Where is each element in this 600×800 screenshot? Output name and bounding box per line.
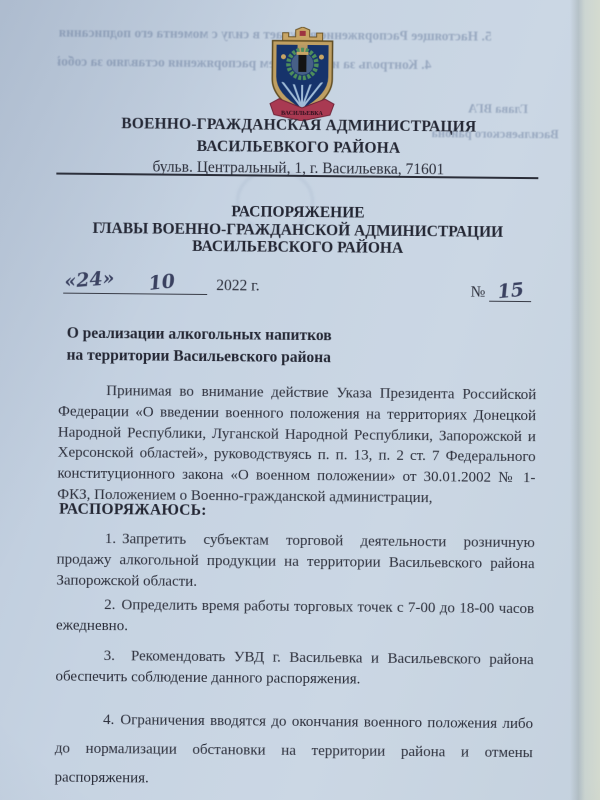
order-item: 3.Рекомендовать УВД г. Васильевка и Васи… — [55, 646, 533, 692]
subject-line1: О реализации алкогольных напитков — [67, 323, 332, 348]
date-number-line: «24»102022 г. № 15 — [63, 269, 531, 305]
date-month-field: 10 — [115, 269, 207, 295]
order-item: 2.Определить время работы торговых точек… — [56, 595, 534, 641]
doc-number-field: 15 — [489, 277, 531, 302]
date-day-field: «24» — [63, 269, 115, 294]
order-item: 1.Запретить субъектам торговой деятельно… — [56, 529, 535, 596]
item-text: Определить время работы торговых точек с… — [56, 597, 534, 634]
document-title: РАСПОРЯЖЕНИЕ ГЛАВЫ ВОЕННО-ГРАЖДАНСКОЙ АД… — [0, 201, 598, 259]
handwritten-day: «24» — [63, 267, 115, 293]
letterhead: ВОЕННО-ГРАЖДАНСКАЯ АДМИНИСТРАЦИЯ ВАСИЛЬЕ… — [0, 112, 599, 181]
handwritten-month: 10 — [147, 270, 176, 295]
subject-heading: О реализации алкогольных напитков на тер… — [66, 323, 331, 370]
item-text: Ограничения вводятся до окончания военно… — [54, 712, 533, 786]
coat-of-arms-icon: ВАСИЛЬЕВКА — [252, 26, 353, 121]
item-text: Запретить субъектам торговой деятельност… — [56, 531, 535, 589]
subject-line2: на территории Васильевского района — [66, 345, 331, 370]
preamble-paragraph: Принимая во внимание действие Указа През… — [57, 381, 536, 510]
item-number: 2. — [104, 597, 115, 613]
document-photo: 5. Настоящее Распоряжение вступает в сил… — [0, 0, 600, 800]
order-item: 4.Ограничения вводятся до окончания воен… — [54, 706, 533, 798]
document-page: 5. Настоящее Распоряжение вступает в сил… — [0, 0, 600, 800]
date-year-label: 2022 г. — [216, 277, 260, 294]
doc-number-group: № 15 — [470, 277, 531, 303]
bleedthrough-line: Глава ВГА — [454, 101, 528, 117]
bleedthrough-line: 4. Контроль за исполнением распоряжения … — [57, 54, 431, 74]
number-sign-label: № — [470, 284, 485, 301]
item-number: 3. — [104, 648, 115, 664]
item-number: 1. — [105, 531, 116, 547]
item-number: 4. — [103, 712, 114, 728]
item-text: Рекомендовать УВД г. Васильевка и Василь… — [55, 648, 533, 687]
handwritten-number: 15 — [496, 279, 524, 303]
order-heading: РАСПОРЯЖАЮСЬ: — [59, 501, 207, 520]
